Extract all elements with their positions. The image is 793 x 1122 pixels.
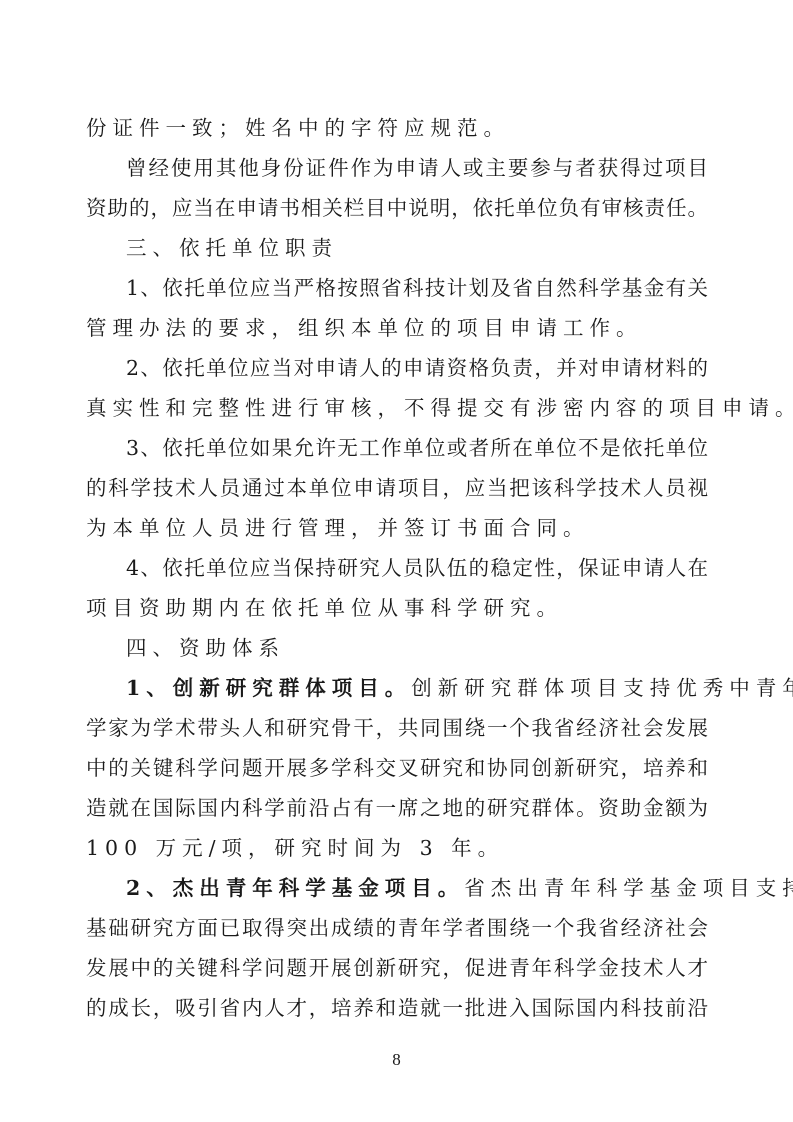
document-page: 份证件一致；姓名中的字符应规范。 曾经使用其他身份证件作为申请人或主要参与者获得…	[0, 0, 793, 1122]
paragraph-line: 的科学技术人员通过本单位申请项目，应当把该科学技术人员视	[86, 468, 708, 508]
paragraph-line: 的成长，吸引省内人才，培养和造就一批进入国际国内科技前沿	[86, 988, 708, 1028]
paragraph-line: 学家为学术带头人和研究骨干，共同围绕一个我省经济社会发展	[86, 708, 708, 748]
item-text: 创新研究群体项目支持优秀中青年科	[411, 676, 793, 700]
item-title: 1、创新研究群体项目。	[126, 676, 411, 700]
document-body: 份证件一致；姓名中的字符应规范。 曾经使用其他身份证件作为申请人或主要参与者获得…	[86, 108, 708, 1028]
paragraph-line: 中的关键科学问题开展多学科交叉研究和协同创新研究，培养和	[86, 748, 708, 788]
item-text: 省杰出青年科学基金项目支持在	[464, 876, 793, 900]
paragraph-line: 份证件一致；姓名中的字符应规范。	[86, 108, 708, 148]
paragraph-line: 管理办法的要求，组织本单位的项目申请工作。	[86, 308, 708, 348]
section-heading-3: 三、依托单位职责	[86, 228, 708, 268]
paragraph-line: 曾经使用其他身份证件作为申请人或主要参与者获得过项目	[86, 148, 708, 188]
paragraph-line: 2、依托单位应当对申请人的申请资格负责，并对申请材料的	[86, 348, 708, 388]
paragraph-line: 2、杰出青年科学基金项目。省杰出青年科学基金项目支持在	[86, 868, 708, 908]
paragraph-line: 发展中的关键科学问题开展创新研究，促进青年科学金技术人才	[86, 948, 708, 988]
paragraph-line: 基础研究方面已取得突出成绩的青年学者围绕一个我省经济社会	[86, 908, 708, 948]
paragraph-line: 真实性和完整性进行审核，不得提交有涉密内容的项目申请。	[86, 388, 708, 428]
paragraph-line: 造就在国际国内科学前沿占有一席之地的研究群体。资助金额为	[86, 788, 708, 828]
paragraph-line: 资助的，应当在申请书相关栏目中说明，依托单位负有审核责任。	[86, 188, 708, 228]
paragraph-line: 100 万元/项，研究时间为 3 年。	[86, 828, 708, 868]
paragraph-line: 为本单位人员进行管理，并签订书面合同。	[86, 508, 708, 548]
section-heading-4: 四、资助体系	[86, 628, 708, 668]
item-title: 2、杰出青年科学基金项目。	[126, 876, 464, 900]
paragraph-line: 项目资助期内在依托单位从事科学研究。	[86, 588, 708, 628]
paragraph-line: 1、依托单位应当严格按照省科技计划及省自然科学基金有关	[86, 268, 708, 308]
paragraph-line: 1、创新研究群体项目。创新研究群体项目支持优秀中青年科	[86, 668, 708, 708]
paragraph-line: 3、依托单位如果允许无工作单位或者所在单位不是依托单位	[86, 428, 708, 468]
page-number: 8	[0, 1050, 793, 1070]
paragraph-line: 4、依托单位应当保持研究人员队伍的稳定性，保证申请人在	[86, 548, 708, 588]
